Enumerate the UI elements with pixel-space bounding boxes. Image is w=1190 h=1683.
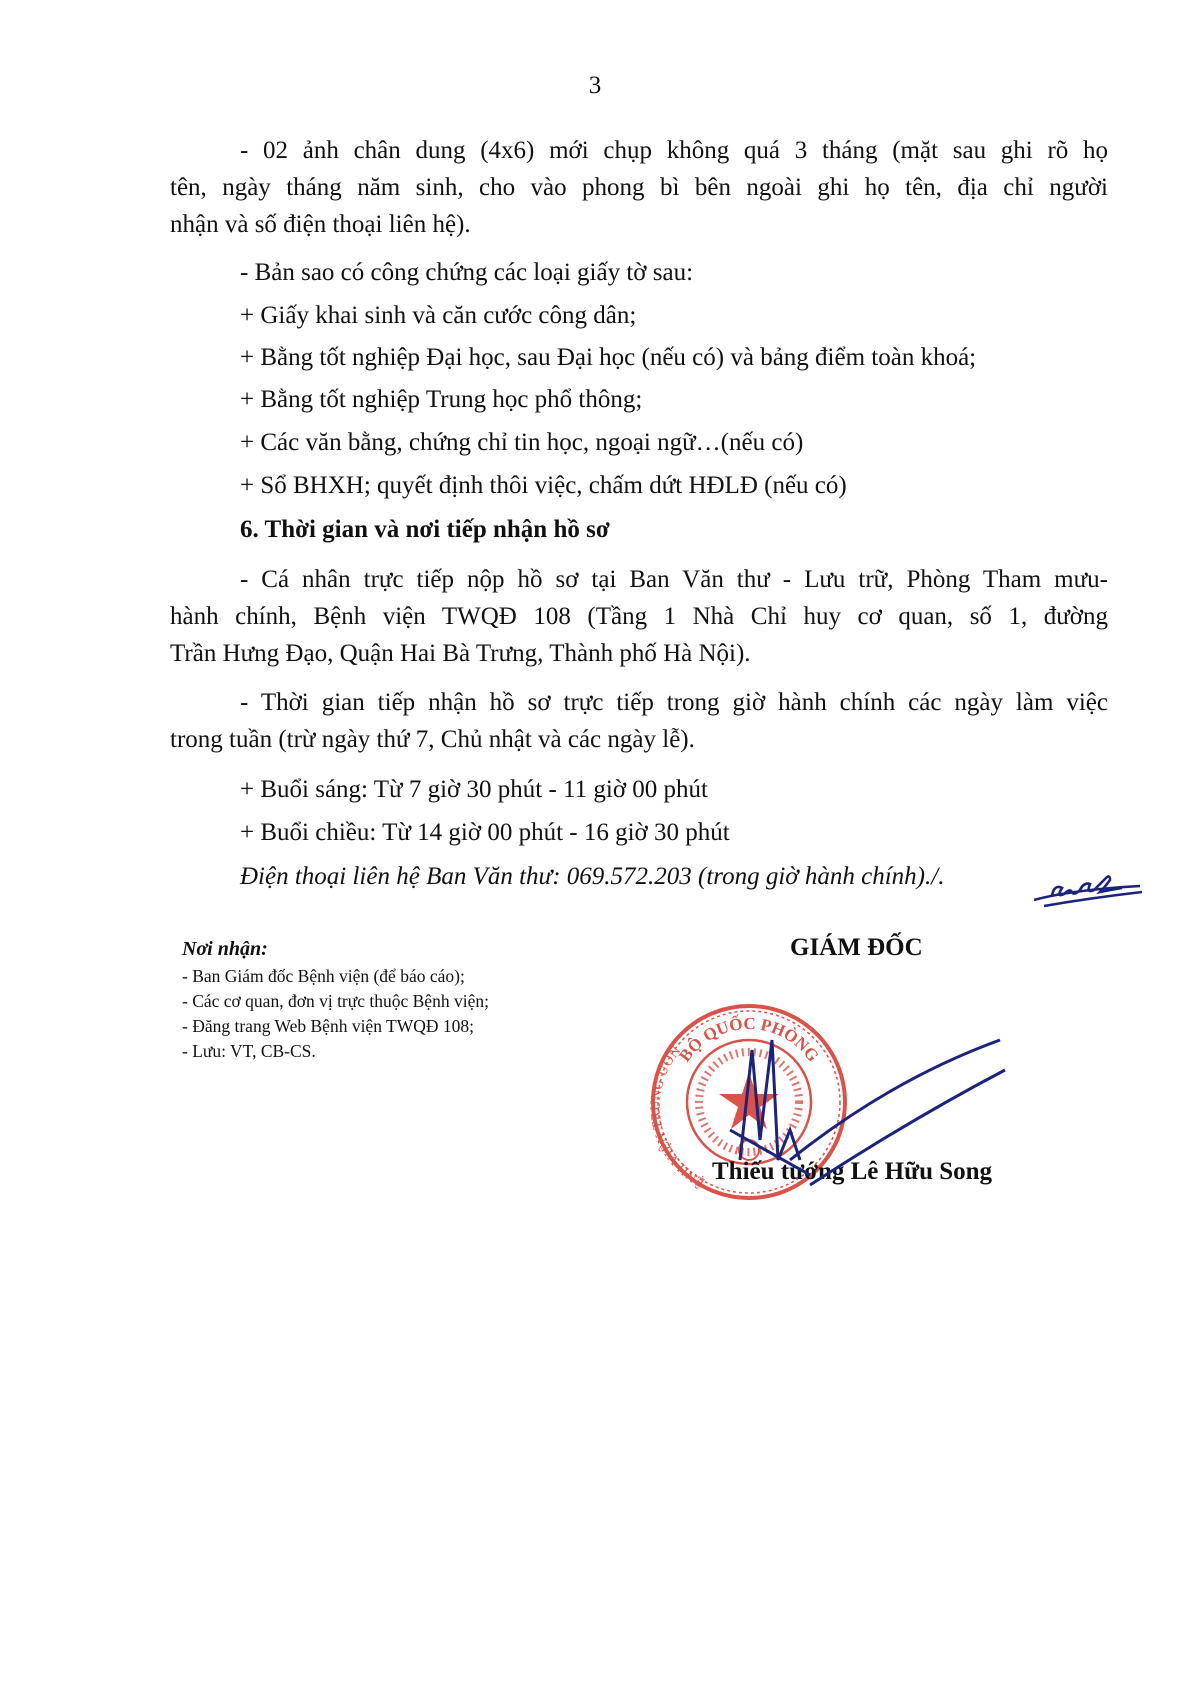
- submit-line-1: - Cá nhân trực tiếp nộp hồ sơ tại Ban Vă…: [170, 565, 1108, 595]
- contact-phone: Điện thoại liên hệ Ban Văn thư: 069.572.…: [240, 862, 944, 892]
- recipient-item: - Lưu: VT, CB-CS.: [182, 1041, 316, 1061]
- recipient-item: - Các cơ quan, đơn vị trực thuộc Bệnh vi…: [182, 991, 489, 1011]
- copies-item: + Sổ BHXH; quyết định thôi việc, chấm dứ…: [240, 471, 847, 501]
- hours-line-1: - Thời gian tiếp nhận hồ sơ trực tiếp tr…: [170, 688, 1108, 718]
- photos-line-1: - 02 ảnh chân dung (4x6) mới chụp không …: [170, 136, 1108, 166]
- copies-item: + Các văn bằng, chứng chỉ tin học, ngoại…: [240, 428, 803, 458]
- recipient-item: - Đăng trang Web Bệnh viện TWQĐ 108;: [182, 1016, 474, 1036]
- copies-intro: - Bản sao có công chứng các loại giấy tờ…: [240, 258, 693, 288]
- photos-line-2: tên, ngày tháng năm sinh, cho vào phong …: [170, 173, 1108, 203]
- morning-hours: + Buổi sáng: Từ 7 giờ 30 phút - 11 giờ 0…: [240, 775, 708, 805]
- copies-item: + Bằng tốt nghiệp Đại học, sau Đại học (…: [240, 343, 976, 373]
- handwritten-signature-icon: [660, 1010, 1010, 1190]
- copies-item: + Bằng tốt nghiệp Trung học phổ thông;: [240, 385, 642, 415]
- submit-line-3: Trần Hưng Đạo, Quận Hai Bà Trưng, Thành …: [170, 639, 751, 669]
- recipient-item: - Ban Giám đốc Bệnh viện (để báo cáo);: [182, 966, 465, 986]
- signer-role: GIÁM ĐỐC: [790, 934, 923, 962]
- copies-item: + Giấy khai sinh và căn cước công dân;: [240, 301, 636, 331]
- hours-line-2: trong tuần (trừ ngày thứ 7, Chủ nhật và …: [170, 725, 695, 755]
- recipients-title: Nơi nhận:: [182, 938, 268, 961]
- photos-line-3: nhận và số điện thoại liên hệ).: [170, 210, 471, 240]
- initials-signature-icon: [1030, 868, 1150, 914]
- afternoon-hours: + Buổi chiều: Từ 14 giờ 00 phút - 16 giờ…: [240, 818, 730, 848]
- section-6-heading: 6. Thời gian và nơi tiếp nhận hồ sơ: [240, 515, 610, 545]
- submit-line-2: hành chính, Bệnh viện TWQĐ 108 (Tầng 1 N…: [170, 602, 1108, 632]
- page-number: 3: [0, 72, 1190, 100]
